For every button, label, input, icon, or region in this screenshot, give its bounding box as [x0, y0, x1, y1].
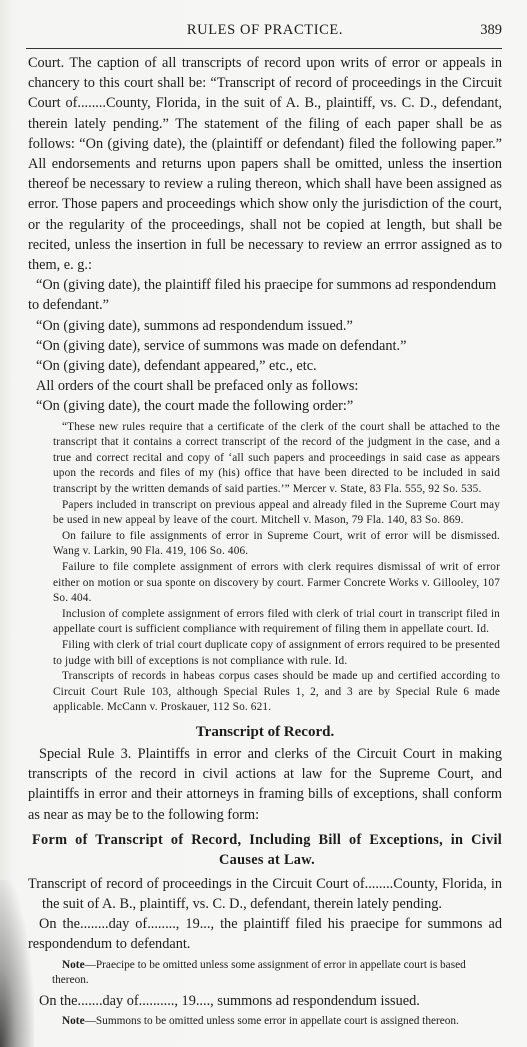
annotation: Transcripts of records in habeas corpus …: [28, 669, 502, 716]
form-entry: On the.......day of.........., 19...., s…: [28, 991, 502, 1011]
special-rule-3: Special Rule 3. Plaintiffs in error and …: [28, 744, 502, 825]
scanned-page: RULES OF PRACTICE. 389 Court. The captio…: [0, 0, 527, 1047]
form-note: Note—Summons to be omitted unless some e…: [28, 1014, 502, 1029]
form-note: Note—Praecipe to be omitted unless some …: [28, 958, 502, 988]
example-line: “On (giving date), service of summons wa…: [28, 336, 502, 356]
orders-example: “On (giving date), the court made the fo…: [28, 396, 502, 416]
note-text: —Summons to be omitted unless some error…: [85, 1015, 459, 1027]
note-label: Note: [62, 959, 85, 971]
orders-intro: All orders of the court shall be preface…: [28, 376, 502, 396]
form-entry: On the........day of........, 19..., the…: [28, 914, 502, 954]
example-line: “On (giving date), the plaintiff filed h…: [28, 275, 502, 315]
page-number: 389: [480, 22, 502, 39]
annotation: Failure to file complete assignment of e…: [28, 560, 502, 607]
main-paragraph: Court. The caption of all transcripts of…: [28, 53, 502, 275]
note-text: —Praecipe to be omitted unless some assi…: [52, 959, 466, 986]
example-line: “On (giving date), summons ad respondend…: [28, 316, 502, 336]
section-heading: Transcript of Record.: [28, 722, 502, 742]
annotation: On failure to file assignments of error …: [28, 529, 502, 560]
form-heading: Form of Transcript of Record, Including …: [28, 830, 502, 870]
form-caption: Transcript of record of proceedings in t…: [28, 874, 502, 914]
annotation: Filing with clerk of trial court duplica…: [28, 638, 502, 669]
note-label: Note: [62, 1015, 85, 1027]
page-body: Court. The caption of all transcripts of…: [28, 53, 502, 1029]
annotation: Papers included in transcript on previou…: [28, 498, 502, 529]
example-line: “On (giving date), defendant appeared,” …: [28, 356, 502, 376]
annotation: “These new rules require that a certific…: [28, 420, 502, 498]
running-header: RULES OF PRACTICE. 389: [28, 22, 502, 40]
header-rule: [26, 48, 502, 49]
annotation: Inclusion of complete assignment of erro…: [28, 607, 502, 638]
running-title: RULES OF PRACTICE.: [28, 22, 502, 39]
